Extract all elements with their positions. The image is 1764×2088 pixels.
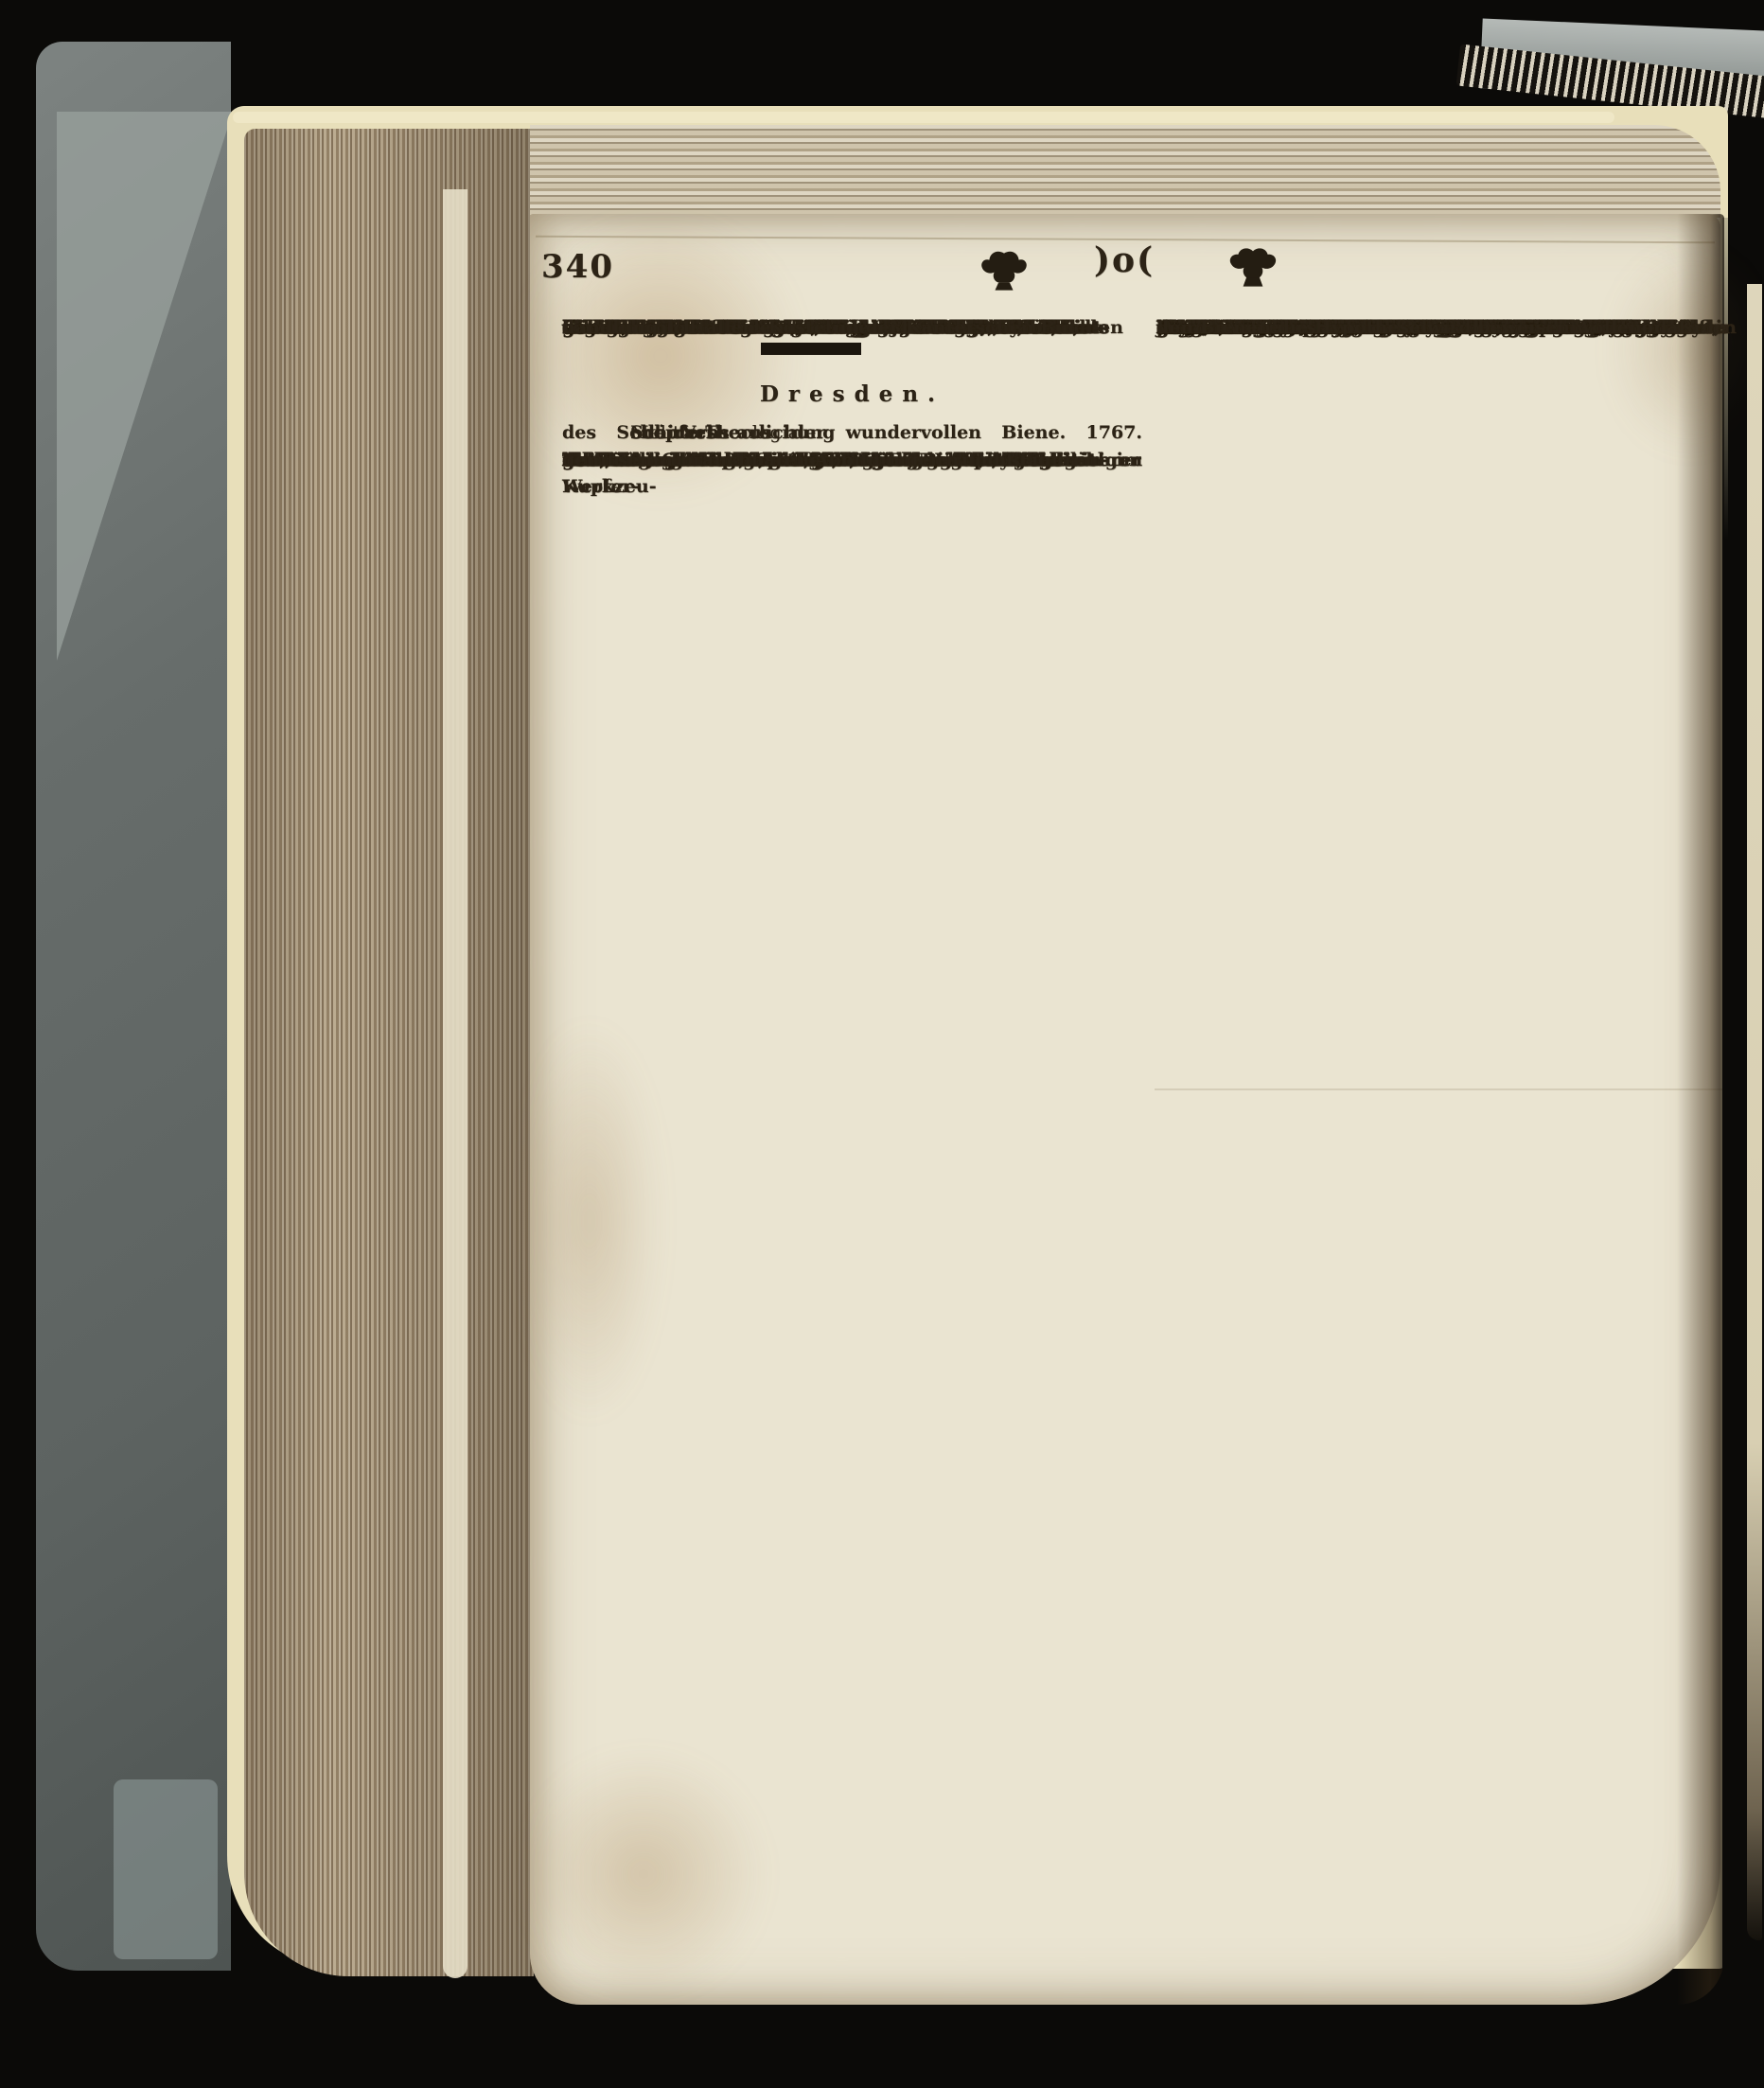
text-line: handlung 1 fl. [562,314,702,342]
page-stack-light-band [443,189,467,1978]
right-column: stich. Wir können indessen nicht alles b… [1156,314,1745,342]
title-post: oder Verherrlichung [596,419,835,447]
page-number: 340 [541,248,614,286]
book-cover-patch [114,1779,218,1959]
text-line: den Bienen die Hypothese wird beweisen w… [1156,314,1692,342]
text-line: gen sehr brauchbare Abbildungen und Figu… [562,447,1142,501]
section-heading: Dresden. [562,378,1142,412]
gutter [1722,218,1749,2007]
printer-ornament-right-icon [1228,244,1278,288]
page-stack-top [530,125,1720,220]
section-divider [761,343,861,355]
page-top-edgeline [233,112,1614,123]
book-photo: 340 )o( für den gemeinen Mann wohne. Ehe… [0,0,1764,2088]
page-gutter-shadow [1677,214,1724,2005]
signature-mark: )o( [1094,240,1155,280]
next-page-edge [1747,284,1762,1940]
page-stack-shade [244,129,534,1976]
printer-ornament-left-icon [979,248,1029,292]
stain [519,1022,661,1420]
crease-line [1155,1088,1722,1090]
stain [520,1751,767,1997]
book-cover-top [142,32,1590,95]
left-column: für den gemeinen Mann wohne. Eher wollte… [562,314,1142,447]
